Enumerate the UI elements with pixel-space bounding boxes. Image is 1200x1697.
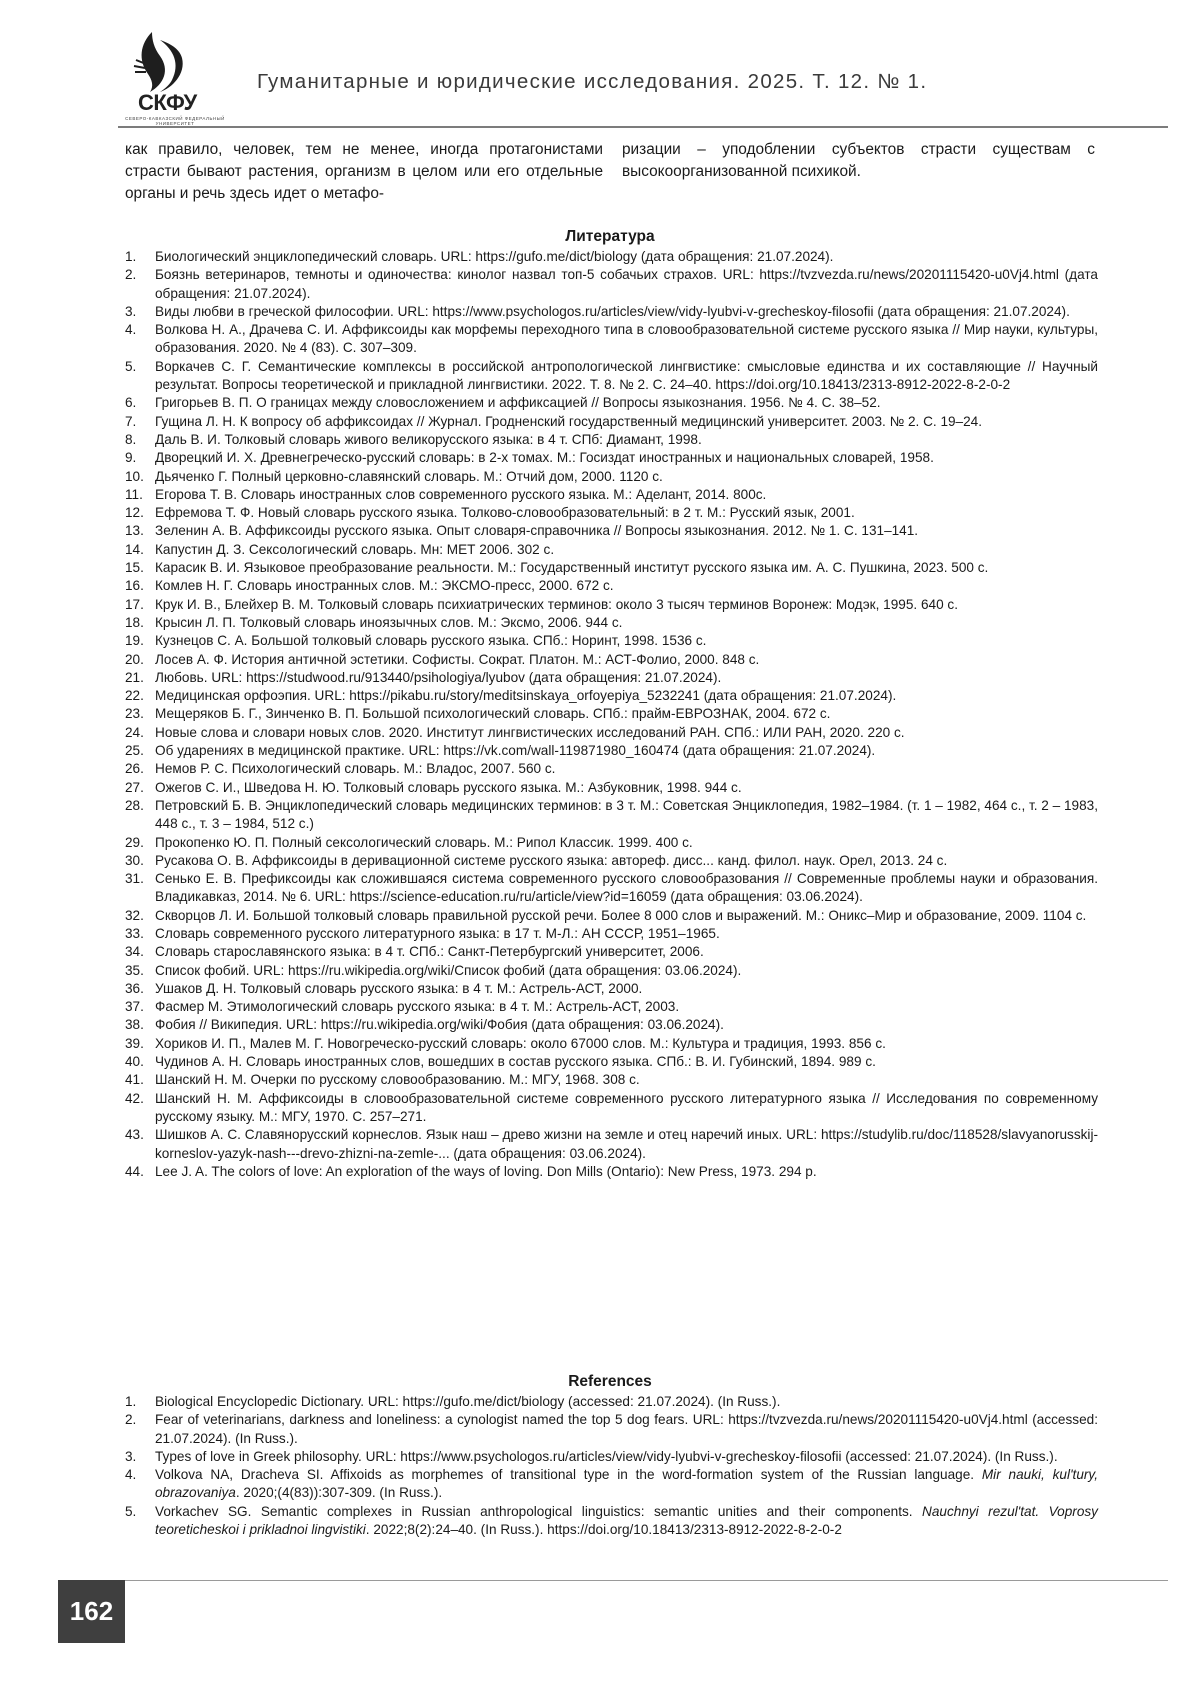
reference-item: 41.Шанский Н. М. Очерки по русскому слов… [125, 1071, 1098, 1089]
reference-text: Гущина Л. Н. К вопросу об аффиксоидах //… [155, 414, 982, 429]
reference-item: 14.Капустин Д. З. Сексологический словар… [125, 541, 1098, 559]
reference-number: 4. [125, 1466, 136, 1484]
reference-item: 2.Fear of veterinarians, darkness and lo… [125, 1411, 1098, 1448]
reference-number: 14. [125, 541, 144, 559]
reference-number: 28. [125, 797, 144, 815]
reference-number: 1. [125, 1393, 136, 1411]
reference-text: Скворцов Л. И. Большой толковый словарь … [155, 908, 1086, 923]
reference-text: Воркачев С. Г. Семантические комплексы в… [155, 359, 1098, 392]
reference-text: Крук И. В., Блейхер В. М. Толковый слова… [155, 597, 958, 612]
reference-text: Немов Р. С. Психологический словарь. М.:… [155, 761, 555, 776]
university-logo: СКФУ СЕВЕРО-КАВКАЗСКИЙ ФЕДЕРАЛЬНЫЙ УНИВЕ… [120, 30, 230, 125]
reference-number: 4. [125, 321, 136, 339]
reference-item: 31.Сенько Е. В. Префиксоиды как сложивша… [125, 870, 1098, 907]
reference-text: Новые слова и словари новых слов. 2020. … [155, 725, 905, 740]
reference-item: 8.Даль В. И. Толковый словарь живого вел… [125, 431, 1098, 449]
reference-item: 12.Ефремова Т. Ф. Новый словарь русского… [125, 504, 1098, 522]
reference-text: Даль В. И. Толковый словарь живого велик… [155, 432, 702, 447]
reference-item: 20.Лосев А. Ф. История античной эстетики… [125, 651, 1098, 669]
reference-item: 39.Хориков И. П., Малев М. Г. Новогречес… [125, 1035, 1098, 1053]
reference-text: Fear of veterinarians, darkness and lone… [155, 1412, 1098, 1445]
reference-text: Боязнь ветеринаров, темноты и одиночеств… [155, 267, 1098, 300]
reference-number: 22. [125, 687, 144, 705]
footer-divider [118, 1580, 1168, 1581]
reference-item: 29.Прокопенко Ю. П. Полный сексологическ… [125, 834, 1098, 852]
reference-number: 5. [125, 358, 136, 376]
reference-text: Лосев А. Ф. История античной эстетики. С… [155, 652, 759, 667]
reference-text: Дворецкий И. Х. Древнегреческо-русский с… [155, 450, 934, 465]
reference-number: 3. [125, 303, 136, 321]
logo-subtitle: СЕВЕРО-КАВКАЗСКИЙ ФЕДЕРАЛЬНЫЙ УНИВЕРСИТЕ… [120, 116, 230, 126]
flame-wing-icon [130, 30, 190, 94]
reference-text: Петровский Б. В. Энциклопедический слова… [155, 798, 1098, 831]
reference-number: 1. [125, 248, 136, 266]
reference-text: Любовь. URL: https://studwood.ru/913440/… [155, 670, 721, 685]
literature-list: 1.Биологический энциклопедический словар… [125, 248, 1098, 1181]
reference-number: 24. [125, 724, 144, 742]
reference-item: 37.Фасмер М. Этимологический словарь рус… [125, 998, 1098, 1016]
reference-item: 13.Зеленин А. В. Аффиксоиды русского язы… [125, 522, 1098, 540]
reference-text: Об ударениях в медицинской практике. URL… [155, 743, 875, 758]
reference-text: Ожегов С. И., Шведова Н. Ю. Толковый сло… [155, 780, 742, 795]
reference-text: Зеленин А. В. Аффиксоиды русского языка.… [155, 523, 918, 538]
reference-number: 39. [125, 1035, 144, 1053]
reference-number: 37. [125, 998, 144, 1016]
reference-item: 11.Егорова Т. В. Словарь иностранных сло… [125, 486, 1098, 504]
reference-text: Кузнецов С. А. Большой толковый словарь … [155, 633, 706, 648]
reference-number: 3. [125, 1448, 136, 1466]
literature-heading: Литература [10, 228, 1200, 246]
references-list: 1.Biological Encyclopedic Dictionary. UR… [125, 1393, 1098, 1539]
reference-item: 35.Список фобий. URL: https://ru.wikiped… [125, 962, 1098, 980]
reference-item: 17.Крук И. В., Блейхер В. М. Толковый сл… [125, 596, 1098, 614]
reference-text: Чудинов А. Н. Словарь иностранных слов, … [155, 1054, 876, 1069]
reference-item: 26.Немов Р. С. Психологический словарь. … [125, 760, 1098, 778]
reference-text: Types of love in Greek philosophy. URL: … [155, 1449, 1058, 1464]
reference-item: 15.Карасик В. И. Языковое преобразование… [125, 559, 1098, 577]
reference-number: 44. [125, 1163, 144, 1181]
reference-number: 35. [125, 962, 144, 980]
reference-item: 1.Биологический энциклопедический словар… [125, 248, 1098, 266]
reference-item: 3.Виды любви в греческой философии. URL:… [125, 303, 1098, 321]
reference-item: 21.Любовь. URL: https://studwood.ru/9134… [125, 669, 1098, 687]
reference-item: 42.Шанский Н. М. Аффиксоиды в словообраз… [125, 1090, 1098, 1127]
reference-text: Хориков И. П., Малев М. Г. Новогреческо-… [155, 1036, 886, 1051]
reference-item: 30.Русакова О. В. Аффиксоиды в деривацио… [125, 852, 1098, 870]
reference-number: 7. [125, 413, 136, 431]
reference-number: 8. [125, 431, 136, 449]
reference-item: 18.Крысин Л. П. Толковый словарь иноязыч… [125, 614, 1098, 632]
reference-number: 34. [125, 943, 144, 961]
body-column-right: ризации – уподоблении субъектов страсти … [622, 139, 1095, 183]
reference-text: Комлев Н. Г. Словарь иностранных слов. М… [155, 578, 614, 593]
reference-item: 27.Ожегов С. И., Шведова Н. Ю. Толковый … [125, 779, 1098, 797]
reference-number: 40. [125, 1053, 144, 1071]
reference-text: Медицинская орфоэпия. URL: https://pikab… [155, 688, 896, 703]
reference-item: 4.Волкова Н. А., Драчева С. И. Аффиксоид… [125, 321, 1098, 358]
reference-item: 1.Biological Encyclopedic Dictionary. UR… [125, 1393, 1098, 1411]
paragraph: как правило, человек, тем не менее, иног… [125, 139, 603, 205]
reference-number: 43. [125, 1126, 144, 1144]
reference-text: Сенько Е. В. Префиксоиды как сложившаяся… [155, 871, 1098, 904]
reference-text: Виды любви в греческой философии. URL: h… [155, 304, 1070, 319]
reference-number: 26. [125, 760, 144, 778]
reference-item: 19.Кузнецов С. А. Большой толковый слова… [125, 632, 1098, 650]
reference-item: 28.Петровский Б. В. Энциклопедический сл… [125, 797, 1098, 834]
reference-item: 7.Гущина Л. Н. К вопросу об аффиксоидах … [125, 413, 1098, 431]
reference-item: 16.Комлев Н. Г. Словарь иностранных слов… [125, 577, 1098, 595]
reference-text: Словарь старославянского языка: в 4 т. С… [155, 944, 704, 959]
reference-number: 21. [125, 669, 144, 687]
reference-number: 11. [125, 486, 143, 504]
reference-number: 2. [125, 1411, 136, 1429]
reference-number: 29. [125, 834, 144, 852]
reference-text: Григорьев В. П. О границах между словосл… [155, 395, 881, 410]
reference-item: 23.Мещеряков Б. Г., Зинченко В. П. Больш… [125, 705, 1098, 723]
reference-number: 2. [125, 266, 136, 284]
reference-text: Vorkachev SG. Semantic complexes in Russ… [155, 1504, 922, 1519]
reference-text: Ушаков Д. Н. Толковый словарь русского я… [155, 981, 642, 996]
reference-text: Список фобий. URL: https://ru.wikipedia.… [155, 963, 741, 978]
body-column-left: как правило, человек, тем не менее, иног… [125, 139, 603, 205]
reference-item: 33.Словарь современного русского литерат… [125, 925, 1098, 943]
reference-item: 32.Скворцов Л. И. Большой толковый слова… [125, 907, 1098, 925]
reference-text: Словарь современного русского литературн… [155, 926, 720, 941]
page-header: СКФУ СЕВЕРО-КАВКАЗСКИЙ ФЕДЕРАЛЬНЫЙ УНИВЕ… [0, 0, 1200, 128]
reference-item: 43.Шишков А. С. Славянорусский корнеслов… [125, 1126, 1098, 1163]
reference-text: Шанский Н. М. Аффиксоиды в словообразова… [155, 1091, 1098, 1124]
reference-text: Мещеряков Б. Г., Зинченко В. П. Большой … [155, 706, 830, 721]
reference-number: 30. [125, 852, 144, 870]
reference-number: 10. [125, 468, 144, 486]
reference-number: 19. [125, 632, 144, 650]
reference-text: . 2022;8(2):24–40. (In Russ.). https://d… [366, 1522, 842, 1537]
reference-item: 40.Чудинов А. Н. Словарь иностранных сло… [125, 1053, 1098, 1071]
reference-item: 24.Новые слова и словари новых слов. 202… [125, 724, 1098, 742]
reference-item: 22.Медицинская орфоэпия. URL: https://pi… [125, 687, 1098, 705]
reference-text: Крысин Л. П. Толковый словарь иноязычных… [155, 615, 622, 630]
reference-item: 10.Дьяченко Г. Полный церковно-славянски… [125, 468, 1098, 486]
reference-number: 20. [125, 651, 144, 669]
reference-text: Lee J. A. The colors of love: An explora… [155, 1164, 817, 1179]
reference-text: Фасмер М. Этимологический словарь русско… [155, 999, 679, 1014]
reference-item: 2.Боязнь ветеринаров, темноты и одиночес… [125, 266, 1098, 303]
reference-text: . 2020;(4(83)):307-309. (In Russ.). [236, 1485, 442, 1500]
reference-text: Шанский Н. М. Очерки по русскому словооб… [155, 1072, 640, 1087]
journal-title: Гуманитарные и юридические исследования.… [257, 70, 927, 94]
reference-item: 5.Воркачев С. Г. Семантические комплексы… [125, 358, 1098, 395]
reference-number: 25. [125, 742, 144, 760]
references-heading: References [10, 1373, 1200, 1391]
reference-number: 41. [125, 1071, 144, 1089]
header-divider [118, 126, 1168, 128]
reference-item: 44.Lee J. A. The colors of love: An expl… [125, 1163, 1098, 1181]
reference-number: 18. [125, 614, 144, 632]
reference-number: 5. [125, 1503, 136, 1521]
reference-number: 32. [125, 907, 144, 925]
reference-number: 17. [125, 596, 144, 614]
reference-number: 9. [125, 449, 136, 467]
reference-text: Русакова О. В. Аффиксоиды в деривационно… [155, 853, 947, 868]
reference-text: Биологический энциклопедический словарь.… [155, 249, 833, 264]
reference-text: Volkova NA, Dracheva SI. Affixoids as mo… [155, 1467, 982, 1482]
reference-item: 34.Словарь старославянского языка: в 4 т… [125, 943, 1098, 961]
reference-text: Карасик В. И. Языковое преобразование ре… [155, 560, 988, 575]
reference-text: Егорова Т. В. Словарь иностранных слов с… [155, 487, 766, 502]
paragraph: ризации – уподоблении субъектов страсти … [622, 139, 1095, 183]
reference-number: 6. [125, 394, 136, 412]
reference-number: 27. [125, 779, 144, 797]
reference-number: 36. [125, 980, 144, 998]
reference-item: 9.Дворецкий И. Х. Древнегреческо-русский… [125, 449, 1098, 467]
reference-item: 4.Volkova NA, Dracheva SI. Affixoids as … [125, 1466, 1098, 1503]
reference-item: 6.Григорьев В. П. О границах между слово… [125, 394, 1098, 412]
reference-text: Капустин Д. З. Сексологический словарь. … [155, 542, 554, 557]
reference-item: 38.Фобия // Википедия. URL: https://ru.w… [125, 1016, 1098, 1034]
reference-number: 42. [125, 1090, 144, 1108]
reference-item: 36.Ушаков Д. Н. Толковый словарь русског… [125, 980, 1098, 998]
reference-text: Волкова Н. А., Драчева С. И. Аффиксоиды … [155, 322, 1098, 355]
reference-text: Прокопенко Ю. П. Полный сексологический … [155, 835, 693, 850]
reference-text: Дьяченко Г. Полный церковно-славянский с… [155, 469, 663, 484]
reference-text: Фобия // Википедия. URL: https://ru.wiki… [155, 1017, 724, 1032]
reference-text: Ефремова Т. Ф. Новый словарь русского яз… [155, 505, 855, 520]
reference-number: 38. [125, 1016, 144, 1034]
page-number: 162 [58, 1580, 125, 1643]
reference-number: 15. [125, 559, 144, 577]
reference-item: 25.Об ударениях в медицинской практике. … [125, 742, 1098, 760]
reference-number: 33. [125, 925, 144, 943]
reference-text: Biological Encyclopedic Dictionary. URL:… [155, 1394, 780, 1409]
reference-number: 16. [125, 577, 144, 595]
reference-text: Шишков А. С. Славянорусский корнеслов. Я… [155, 1127, 1098, 1160]
logo-text: СКФУ [138, 90, 197, 116]
reference-number: 31. [125, 870, 144, 888]
reference-item: 5.Vorkachev SG. Semantic complexes in Ru… [125, 1503, 1098, 1540]
reference-item: 3.Types of love in Greek philosophy. URL… [125, 1448, 1098, 1466]
reference-number: 12. [125, 504, 144, 522]
reference-number: 23. [125, 705, 144, 723]
reference-number: 13. [125, 522, 144, 540]
